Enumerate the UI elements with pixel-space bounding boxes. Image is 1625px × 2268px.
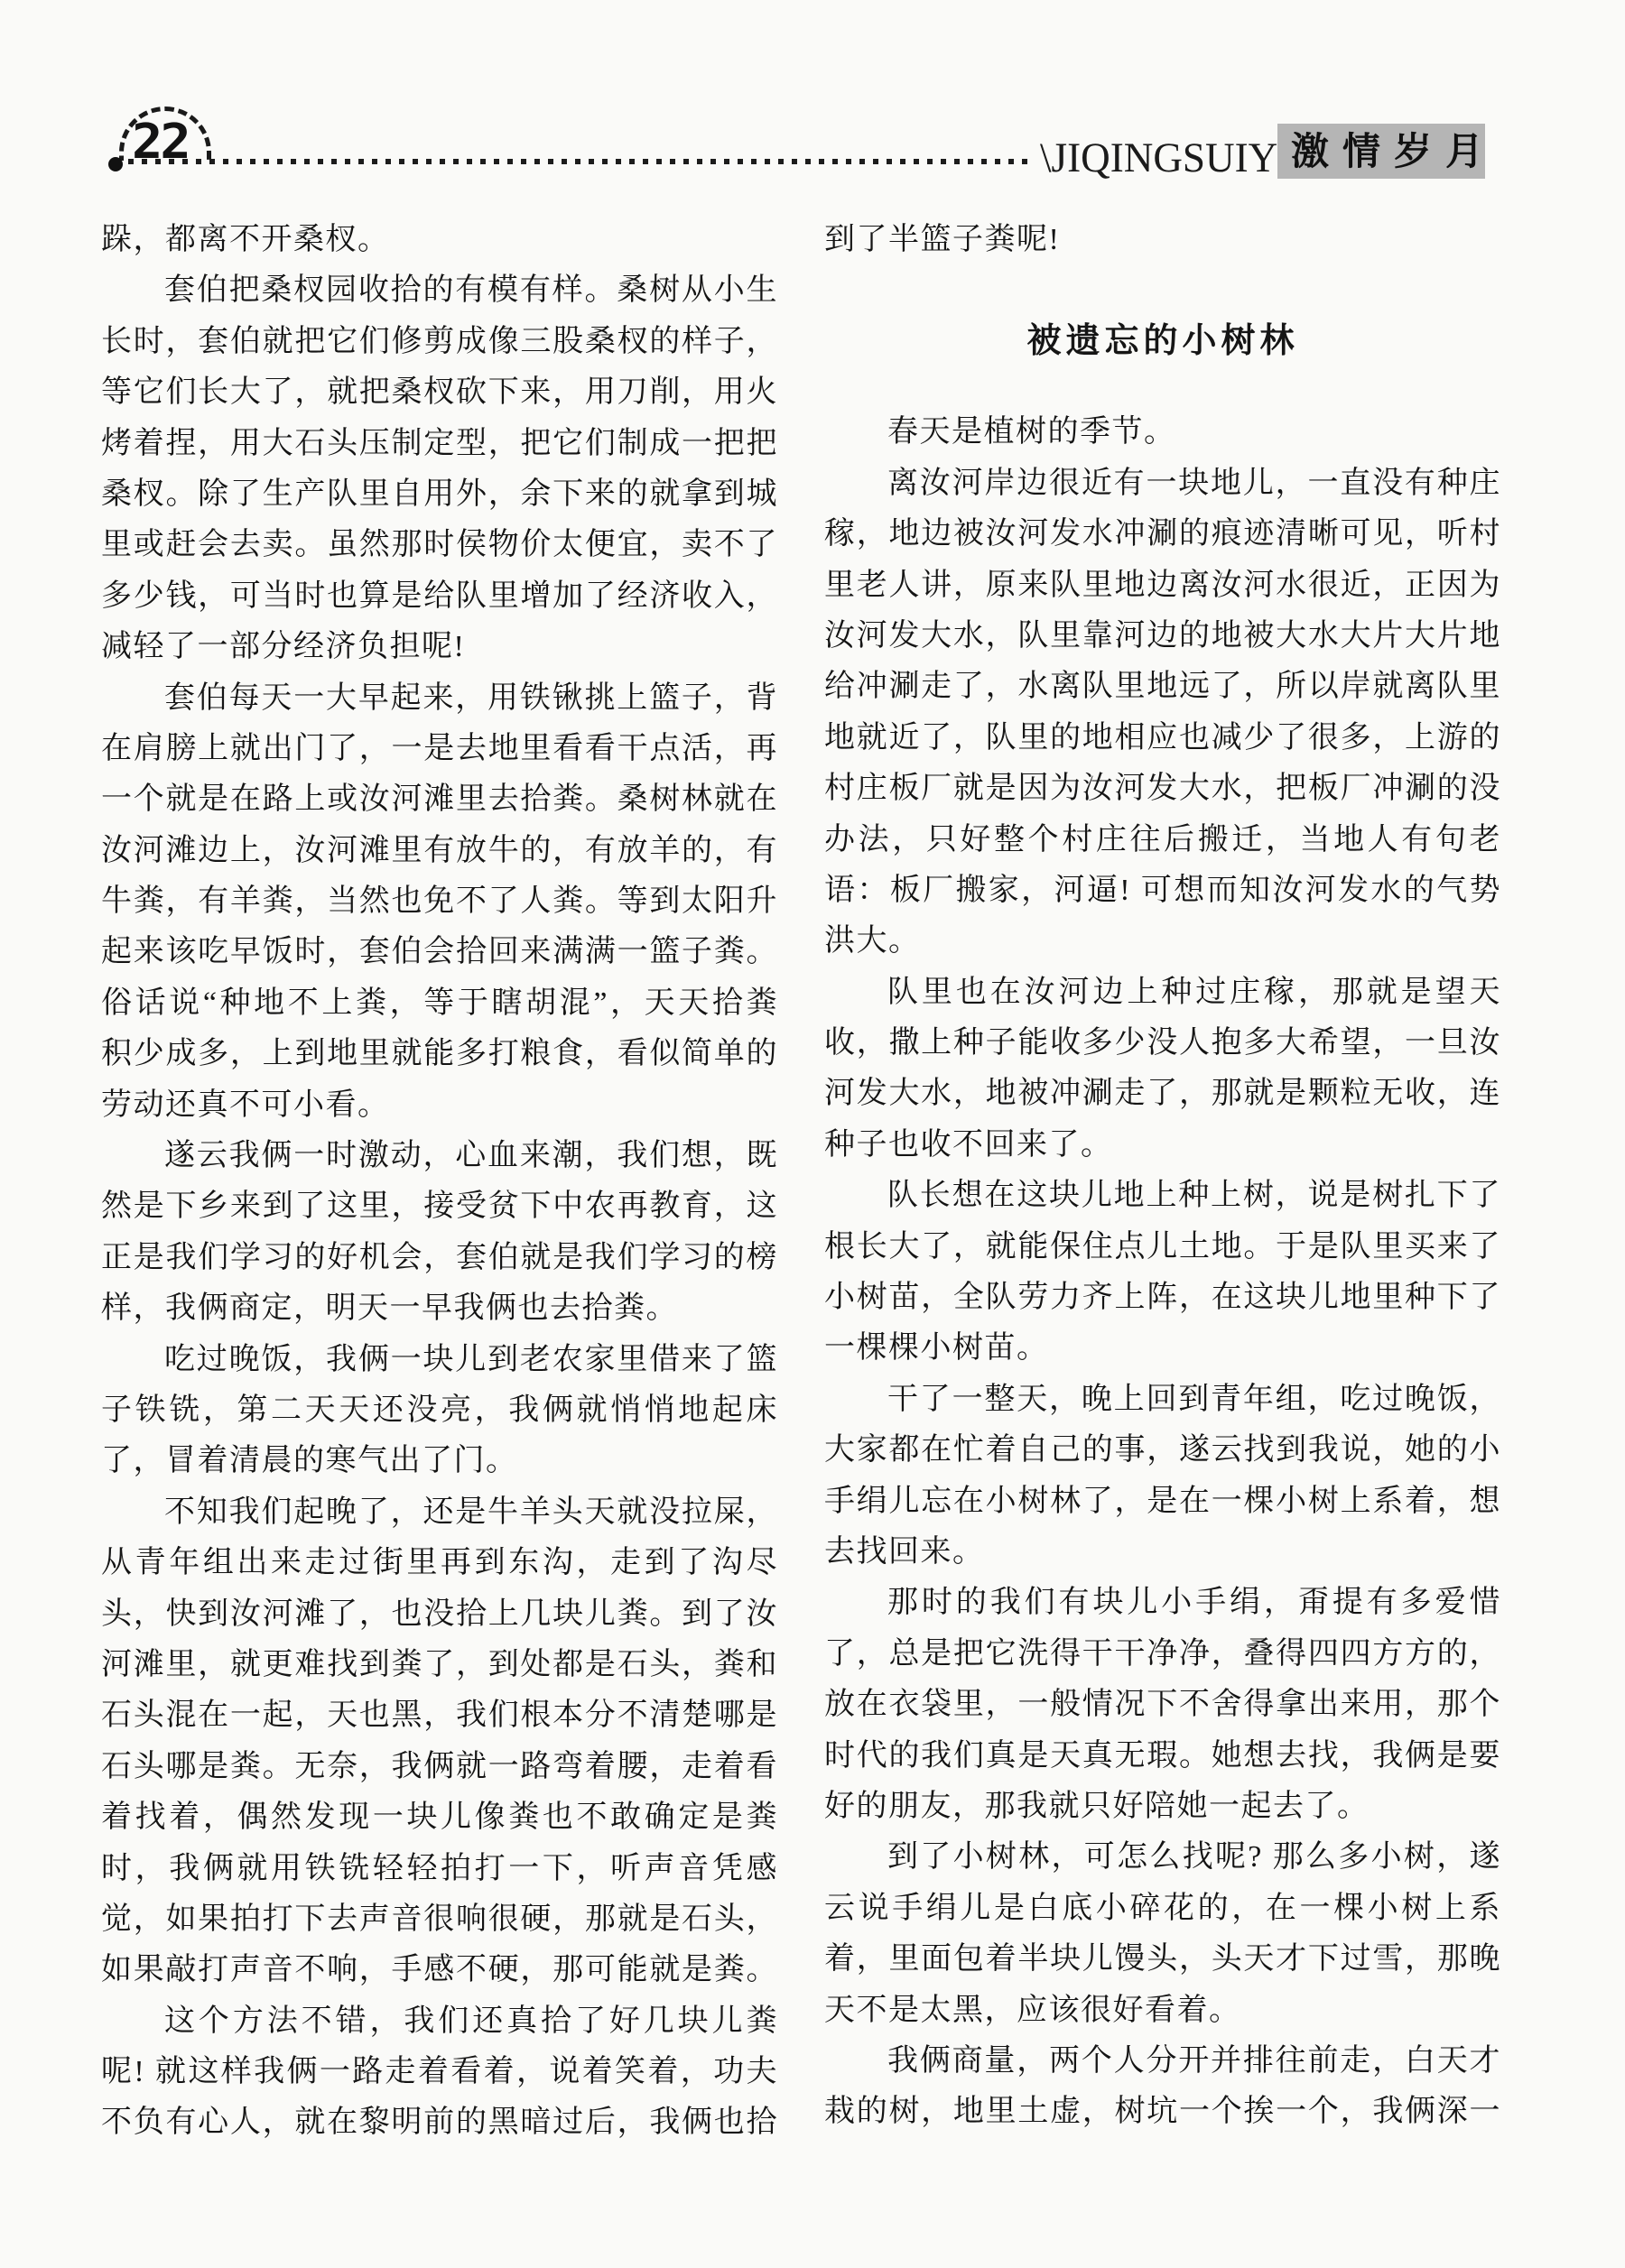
text-line: 俗话说“种地不上粪，等于瞎胡混”，天天拾粪 (101, 978, 778, 1029)
text-line: 给冲涮走了，水离队里地远了，所以岸就离队里 (824, 662, 1501, 712)
text-line: 天不是太黑，应该很好看着。 (824, 1986, 1501, 2036)
text-line: 河发大水，地被冲涮走了，那就是颗粒无收，连 (824, 1069, 1501, 1119)
text-line: 长时，套伯就把它们修剪成像三股桑杈的样子， (101, 317, 778, 367)
text-line: 了，冒着清晨的寒气出了门。 (101, 1436, 778, 1486)
text-line: 着找着，偶然发现一块儿像粪也不敢确定是粪 (101, 1792, 778, 1843)
text-line: 石头混在一起，天也黑，我们根本分不清楚哪是 (101, 1690, 778, 1741)
text-line: 跺，都离不开桑杈。 (101, 215, 778, 265)
text-line: 等它们长大了，就把桑杈砍下来，用刀削，用火 (101, 367, 778, 418)
text-line: 石头哪是粪。无奈，我俩就一路弯着腰，走着看 (101, 1742, 778, 1792)
text-line: 吃过晚饭，我俩一块儿到老农家里借来了篮 (101, 1335, 778, 1385)
text-line: 觉，如果拍打下去声音很响很硬，那就是石头， (101, 1894, 778, 1945)
text-line: 时代的我们真是天真无瑕。她想去找，我俩是要 (824, 1731, 1501, 1782)
text-line: 套伯每天一大早起来，用铁锹挑上篮子，背 (101, 673, 778, 724)
text-line: 一棵棵小树苗。 (824, 1323, 1501, 1374)
text-line: 子铁铣，第二天天还没亮，我俩就悄悄地起床 (101, 1385, 778, 1436)
text-line: 积少成多，上到地里就能多打粮食，看似简单的 (101, 1029, 778, 1079)
text-line: 栽的树，地里土虚，树坑一个挨一个，我俩深一 (824, 2087, 1501, 2137)
text-line: 正是我们学习的好机会，套伯就是我们学习的榜 (101, 1233, 778, 1283)
text-line: 从青年组出来走过街里再到东沟，走到了沟尽 (101, 1538, 778, 1588)
dotted-leader-line (128, 159, 1031, 164)
text-line: 离汝河岸边很近有一块地儿，一直没有种庄 (824, 458, 1501, 509)
text-line: 里或赶会去卖。虽然那时侯物价太便宜，卖不了 (101, 520, 778, 570)
text-line: 牛粪，有羊粪，当然也免不了人粪。等到太阳升 (101, 876, 778, 927)
text-line: 遂云我俩一时激动，心血来潮，我们想，既 (101, 1131, 778, 1181)
text-line: 洪大。 (824, 916, 1501, 967)
text-line: 呢! 就这样我俩一路走着看着，说着笑着，功夫 (101, 2047, 778, 2097)
text-line: 多少钱，可当时也算是给队里增加了经济收入， (101, 571, 778, 622)
text-line: 汝河滩边上，汝河滩里有放牛的，有放羊的，有 (101, 826, 778, 876)
text-line: 着，里面包着半块儿馒头，头天才下过雪，那晚 (824, 1934, 1501, 1985)
text-line: 汝河发大水，队里靠河边的地被大水大片大片地 (824, 611, 1501, 662)
text-line: 减轻了一部分经济负担呢! (101, 622, 778, 672)
scanned-page: { "header": { "page_number": "22", "maga… (0, 0, 1625, 2268)
right-column: 到了半篮子粪呢! 被遗忘的小树林 春天是植树的季节。离汝河岸边很近有一块地儿，一… (824, 215, 1501, 2138)
text-line: 干了一整天，晚上回到青年组，吃过晚饭， (824, 1375, 1501, 1425)
text-line: 然是下乡来到了这里，接受贫下中农再教育，这 (101, 1181, 778, 1232)
text-line: 到了半篮子粪呢! (824, 215, 1501, 265)
text-line: 云说手绢儿是白底小碎花的，在一棵小树上系 (824, 1884, 1501, 1934)
text-line: 套伯把桑杈园收拾的有模有样。桑树从小生 (101, 265, 778, 316)
text-line: 地就近了，队里的地相应也减少了很多，上游的 (824, 713, 1501, 764)
text-line: 劳动还真不可小看。 (101, 1080, 778, 1131)
text-line: 放在衣袋里，一般情况下不舍得拿出来用，那个 (824, 1680, 1501, 1730)
text-line: 手绢儿忘在小树林了，是在一棵小树上系着，想 (824, 1477, 1501, 1527)
text-line: 桑杈。除了生产队里自用外，余下来的就拿到城 (101, 469, 778, 520)
text-line: 一个就是在路上或汝河滩里去拾粪。桑树林就在 (101, 774, 778, 825)
text-line: 到了小树林，可怎么找呢? 那么多小树，遂 (824, 1832, 1501, 1883)
text-line: 烤着捏，用大石头压制定型，把它们制成一把把 (101, 419, 778, 469)
text-line: 那时的我们有块儿小手绢，甭提有多爱惜 (824, 1578, 1501, 1628)
text-line: 语：板厂搬家，河逼! 可想而知汝河发水的气势 (824, 866, 1501, 916)
text-line: 收，撒上种子能收多少没人抱多大希望，一旦汝 (824, 1018, 1501, 1069)
text-line: 大家都在忙着自己的事，遂云找到我说，她的小 (824, 1425, 1501, 1476)
text-line: 不知我们起晚了，还是牛羊头天就没拉屎， (101, 1487, 778, 1538)
text-line: 春天是植树的季节。 (824, 407, 1501, 458)
text-line: 河滩里，就更难找到粪了，到处都是石头，粪和 (101, 1640, 778, 1690)
text-line: 种子也收不回来了。 (824, 1120, 1501, 1171)
text-line: 根长大了，就能保住点儿土地。于是队里买来了 (824, 1222, 1501, 1273)
text-line: 稼，地边被汝河发水冲涮的痕迹清晰可见，听村 (824, 509, 1501, 560)
text-line: 不负有心人，就在黎明前的黑暗过后，我俩也拾 (101, 2097, 778, 2148)
text-line: 如果敲打声音不响，手感不硬，那可能就是粪。 (101, 1945, 778, 1995)
text-line: 办法，只好整个村庄往后搬迁，当地人有句老 (824, 815, 1501, 866)
text-line: 里老人讲，原来队里地边离汝河水很近，正因为 (824, 560, 1501, 611)
magazine-title-badge: 激情岁月 (1277, 124, 1485, 179)
text-line: 了，总是把它洗得干干净净，叠得四四方方的， (824, 1629, 1501, 1680)
text-line: 样，我俩商定，明天一早我俩也去拾粪。 (101, 1283, 778, 1334)
right-column-lines: 春天是植树的季节。离汝河岸边很近有一块地儿，一直没有种庄稼，地边被汝河发水冲涮的… (824, 407, 1501, 2137)
text-line: 队长想在这块儿地上种上树，说是树扎下了 (824, 1171, 1501, 1221)
text-line: 去找回来。 (824, 1527, 1501, 1578)
section-heading: 被遗忘的小树林 (824, 316, 1501, 366)
text-line: 小树苗，全队劳力齐上阵，在这块儿地里种下了 (824, 1273, 1501, 1323)
text-line: 头，快到汝河滩了，也没拾上几块儿粪。到了汝 (101, 1589, 778, 1640)
page-number-group: 22 (108, 105, 235, 177)
text-line: 起来该吃早饭时，套伯会拾回来满满一篮子粪。 (101, 927, 778, 977)
text-line: 队里也在汝河边上种过庄稼，那就是望天 (824, 967, 1501, 1018)
text-line: 时，我俩就用铁铣轻轻拍打一下，听声音凭感 (101, 1844, 778, 1894)
text-line: 好的朋友，那我就只好陪她一起去了。 (824, 1782, 1501, 1832)
text-line: 我俩商量，两个人分开并排往前走，白天才 (824, 2036, 1501, 2087)
text-line: 这个方法不错，我们还真拾了好几块儿粪 (101, 1996, 778, 2047)
text-line: 村庄板厂就是因为汝河发大水，把板厂冲涮的没 (824, 764, 1501, 814)
left-column: 跺，都离不开桑杈。套伯把桑杈园收拾的有模有样。桑树从小生长时，套伯就把它们修剪成… (101, 215, 778, 2149)
page-number-dot (108, 157, 123, 171)
text-line: 在肩膀上就出门了，一是去地里看看干点活，再 (101, 724, 778, 774)
